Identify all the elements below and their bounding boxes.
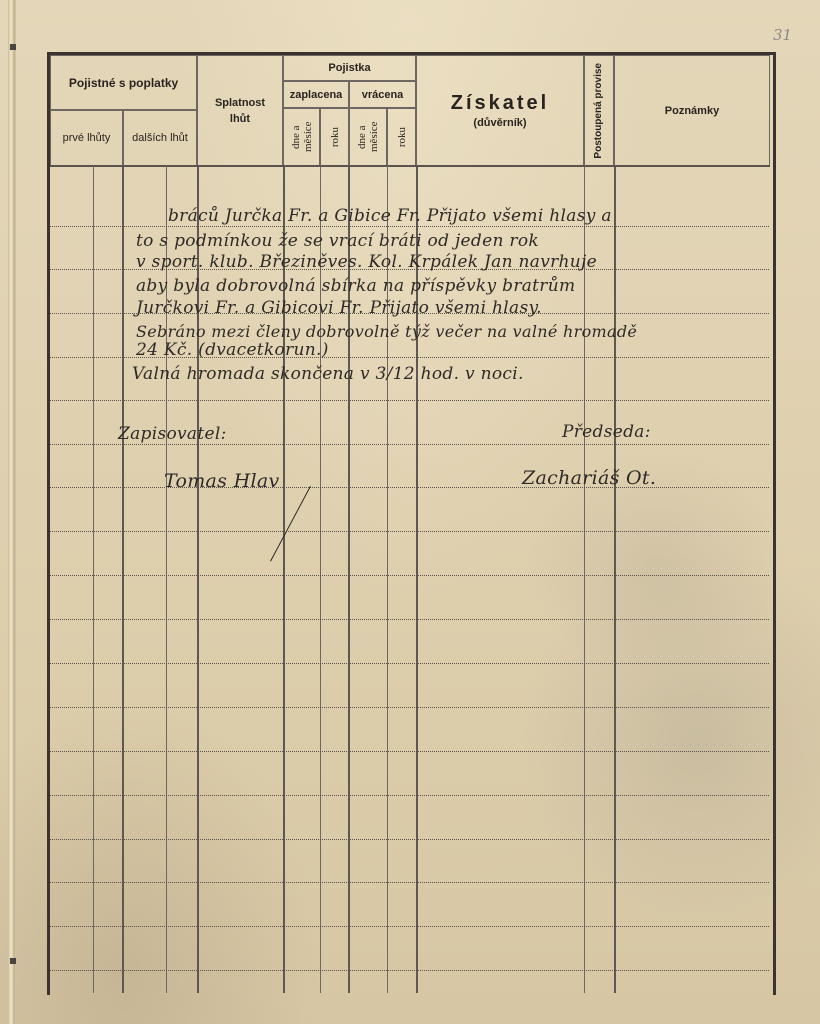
row-rule bbox=[50, 575, 770, 576]
row-rule bbox=[50, 663, 770, 664]
row-rule bbox=[50, 926, 770, 927]
minutes-line: v sport. klub. Březiněves. Kol. Krpálek … bbox=[136, 252, 597, 272]
secretary-label: Zapisovatel: bbox=[118, 424, 227, 444]
header-splatnost: Splatnost lhůt bbox=[197, 55, 283, 166]
chairman-label: Předseda: bbox=[562, 422, 651, 442]
minutes-line: aby byla dobrovolná sbírka na příspěvky … bbox=[136, 276, 575, 296]
header-dne-a-mesice-vracena: dne a měsíce bbox=[349, 108, 387, 166]
row-rule bbox=[50, 707, 770, 708]
row-rule bbox=[50, 795, 770, 796]
row-rule bbox=[50, 444, 770, 445]
header-poznamky: Poznámky bbox=[614, 55, 770, 166]
header-vracena: vrácena bbox=[349, 81, 416, 108]
binding-tear-mark bbox=[10, 958, 16, 964]
header-dne-a-mesice-zaplacena: dne a měsíce bbox=[283, 108, 320, 166]
header-pojistka-group: Pojistka bbox=[283, 55, 416, 81]
header-ziskatel-title: Získatel bbox=[451, 92, 549, 115]
row-rule bbox=[50, 226, 770, 227]
binding-tear-mark bbox=[10, 44, 16, 50]
row-rule bbox=[50, 751, 770, 752]
header-ziskatel: Získatel (důvěrník) bbox=[416, 55, 584, 166]
row-rule bbox=[50, 531, 770, 532]
minutes-line: Sebráno mezi členy dobrovolně týž večer … bbox=[136, 322, 637, 341]
chairman-signature: Zachariáš Ot. bbox=[522, 467, 656, 489]
page-number: 31 bbox=[773, 26, 792, 44]
row-rule bbox=[50, 970, 770, 971]
minutes-line: Jurčkovi Fr. a Gibicovi Fr. Přijato všem… bbox=[136, 298, 542, 318]
ledger-frame bbox=[47, 52, 776, 995]
row-rule bbox=[50, 619, 770, 620]
minutes-line: Valná hromada skončena v 3/12 hod. v noc… bbox=[132, 364, 524, 384]
header-roku-vracena: roku bbox=[387, 108, 416, 166]
header-roku-zaplacena: roku bbox=[320, 108, 349, 166]
row-rule bbox=[50, 487, 770, 488]
minutes-line: bráců Jurčka Fr. a Gibice Fr. Přijato vš… bbox=[168, 206, 612, 226]
minutes-line: to s podmínkou že se vrací bráti od jede… bbox=[136, 231, 539, 251]
header-ziskatel-subtitle: (důvěrník) bbox=[473, 117, 526, 129]
header-prve-lhuty: prvé lhůty bbox=[50, 110, 123, 166]
book-binding bbox=[8, 0, 16, 1024]
column-rule bbox=[584, 166, 585, 993]
row-rule bbox=[50, 400, 770, 401]
header-dalsich-lhut: dalších lhůt bbox=[123, 110, 197, 166]
header-zaplacena: zaplacena bbox=[283, 81, 349, 108]
row-rule bbox=[50, 882, 770, 883]
column-rule bbox=[122, 166, 124, 993]
secretary-signature: Tomas Hlav bbox=[164, 470, 279, 492]
header-pojistne-group: Pojistné s poplatky bbox=[50, 55, 197, 110]
header-postoupena-provise: Postoupená provise bbox=[584, 55, 614, 166]
minutes-line: 24 Kč. (dvacetkorun.) bbox=[136, 340, 329, 360]
header-separator bbox=[50, 165, 770, 167]
column-rule bbox=[93, 166, 94, 993]
row-rule bbox=[50, 839, 770, 840]
column-rule bbox=[614, 166, 616, 993]
